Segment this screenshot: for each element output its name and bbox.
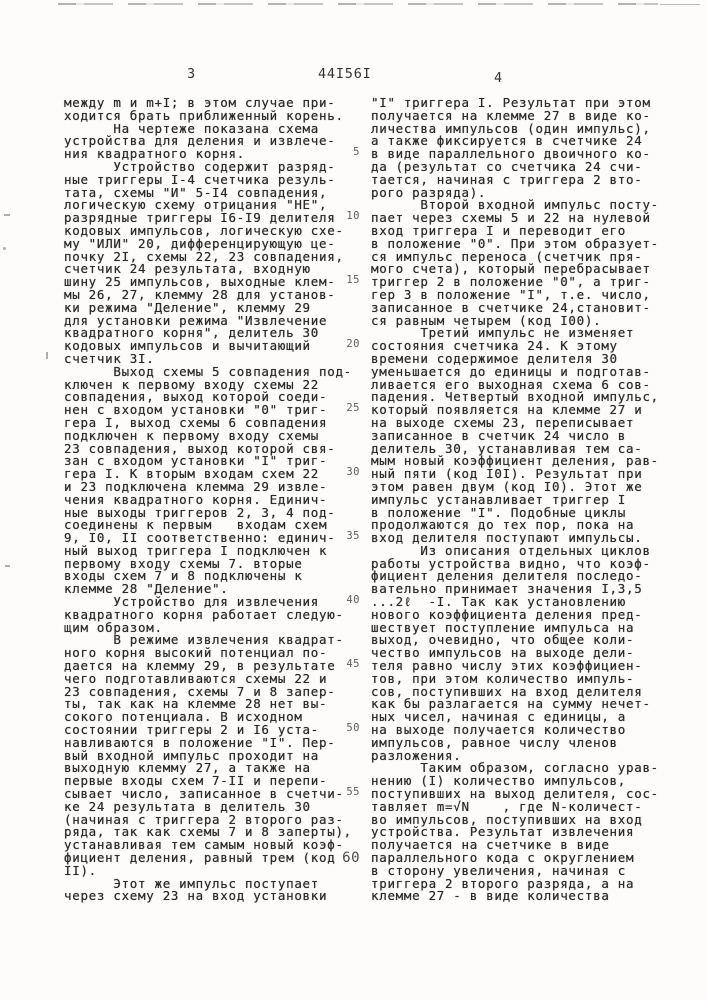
patent-number: 44I56I bbox=[318, 66, 372, 82]
line-number-25: 25 bbox=[346, 402, 360, 414]
text-line: клемме 27 - в виде количества bbox=[371, 890, 673, 903]
line-number-gutter: 51015202530354045505560 bbox=[330, 97, 360, 957]
line-number-45: 45 bbox=[346, 658, 360, 670]
line-number-40: 40 bbox=[346, 594, 360, 606]
line-number-50: 50 bbox=[346, 722, 360, 734]
line-number-30: 30 bbox=[346, 466, 360, 478]
text-line: через схему 23 на вход установки bbox=[64, 890, 366, 903]
line-number-10: 10 bbox=[346, 210, 360, 222]
scan-speck bbox=[3, 247, 6, 250]
line-number-20: 20 bbox=[346, 338, 360, 350]
scan-artifact-line-right bbox=[660, 4, 700, 5]
line-number-15: 15 bbox=[346, 274, 360, 286]
scan-speck bbox=[5, 565, 10, 567]
line-number-5: 5 bbox=[353, 146, 360, 158]
right-page-number: 4 bbox=[494, 70, 503, 86]
scan-speck bbox=[46, 352, 48, 359]
line-number-55: 55 bbox=[346, 786, 360, 798]
line-number-60: 60 bbox=[342, 850, 360, 866]
line-number-35: 35 bbox=[346, 530, 360, 542]
text-line: фициент деления, равный трем (код bbox=[64, 852, 366, 865]
patent-document-page: 3 44I56I 4 между m и m+I; в этом случае … bbox=[0, 0, 707, 1000]
right-text-column: "I" триггера I. Результат при этомполуча… bbox=[371, 97, 673, 903]
left-page-number: 3 bbox=[187, 66, 196, 82]
scan-artifact-line bbox=[58, 3, 658, 5]
scan-speck bbox=[4, 214, 10, 216]
left-text-column: между m и m+I; в этом случае при-ходится… bbox=[64, 97, 366, 903]
